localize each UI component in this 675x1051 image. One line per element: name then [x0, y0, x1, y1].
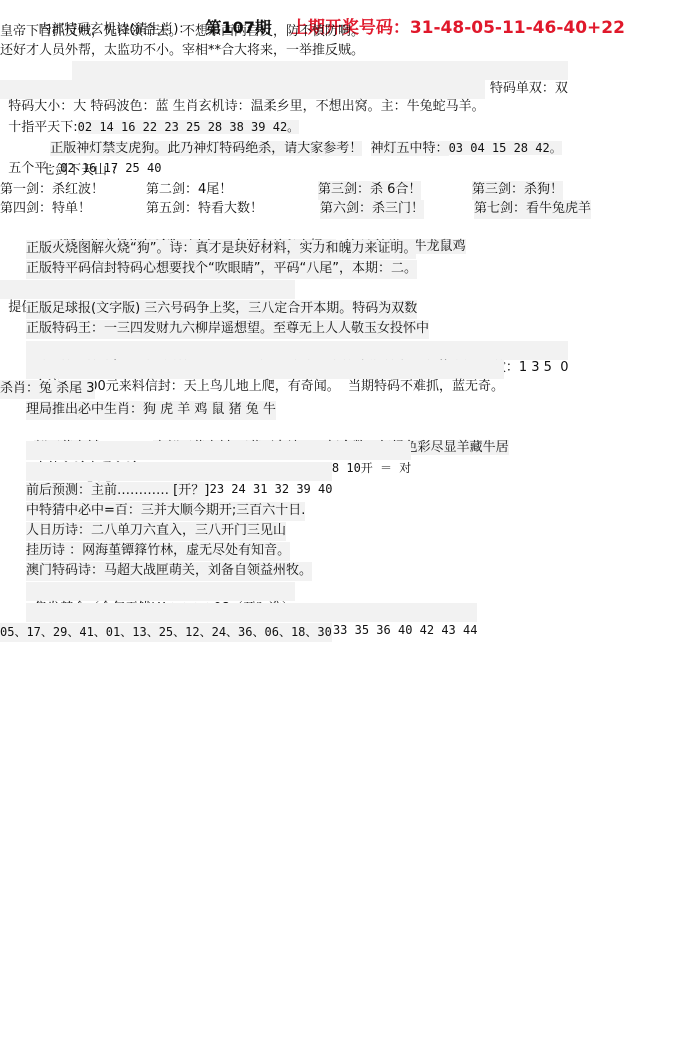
sword-label: 第三剑：	[318, 182, 370, 197]
taiwan-extra: 当期特码不难抓，蓝无奇。	[348, 379, 504, 394]
sword-label: 第七剑：	[474, 201, 526, 216]
poem-line-2: 还好才人员外帮，太监功不小。宰相**合大将来，一举推反贼。	[0, 42, 364, 61]
macau-poem: 澳门特码诗：马超大战匣萌关，刘备自领益州牧。	[26, 562, 312, 581]
last-result-numbers: 31-48-05-11-46-40+22	[410, 18, 625, 38]
lamp-line: 正版神灯禁支虎狗。此乃神灯特码绝杀，请大家参考！ 神灯五中特：03 04 15 …	[42, 121, 562, 140]
sword-2: 第二剑：4尾！	[146, 181, 232, 200]
taiwan-paper: 台湾 60000元来料信封：天上鸟儿地上爬，有奇闻。 当期特码不难抓，蓝无奇。	[26, 360, 504, 379]
among-line: 在其中： 02 03 07 14 16 17 22 23 26 28 30 33…	[26, 603, 477, 622]
sword-label: 第四剑：	[0, 201, 52, 216]
football-paper: 正版足球报(文字版) 三六号码争上奖，三八定合开本期。特码为双数	[26, 300, 417, 319]
sword-1: 第一剑：杀红波！	[0, 181, 104, 200]
xiangjiang-paper: 香江特码精选报：香江话特码：三月阳光。 生肖：牛蛇鸡猪 波色：主蓝防绿 尾数：1…	[26, 341, 568, 360]
hanging-poem: 挂历诗 ：网海堇镡箨竹林，虚无尽处有知音。	[26, 542, 290, 561]
size-line: 特码大小：大 特码波色：蓝 生肖玄机诗：温柔乡里，不想出窝。主：牛兔蛇马羊。	[0, 80, 485, 99]
ten-fingers-line: 十指平天下:02 14 16 22 23 25 28 38 39 42。	[0, 100, 299, 119]
sword-3b: 第三剑：杀狗！	[472, 181, 563, 200]
sword-3: 第三剑：杀 6合！	[318, 181, 421, 200]
lamp-five-label: 神灯五中特：	[371, 141, 449, 156]
sword-label: 第六剑：	[320, 201, 372, 216]
sword-4: 第四剑：特单！	[0, 200, 91, 219]
fire-line-3: 正版特平码信封特码心想要找个“吹眼睛”，平码“八尾”，本期：二。	[26, 260, 417, 279]
sword-label: 第一剑：	[0, 182, 52, 197]
sword-value: 杀 6合！	[370, 182, 421, 197]
sword-label: 第二剑：	[146, 182, 198, 197]
sword-value: 特单！	[52, 201, 91, 216]
sword-value: 杀三门！	[372, 201, 424, 216]
sword-value: 看牛兔虎羊	[526, 201, 591, 216]
fire-line-2: 正版火烧图解火烧“狗”。诗：真才是块好材料，实力和魄力来证明。	[26, 240, 416, 259]
provided-line: 提供号码：01 11 12 23 24 30 31 33 40 41。	[0, 280, 295, 299]
sword-label: 第五剑：	[146, 201, 198, 216]
king-paper: 正版特码王：一三四发财九六柳岸遥想望。至尊无上人人敬玉女投怀中	[26, 320, 429, 339]
five-ping-line: 五个平：02 16 17 25 40	[0, 141, 161, 160]
underground-line: 地下信封《千王之王》：九宝莲灯：01 16 17 18 25 26 35 46 …	[72, 61, 568, 80]
poem-line-1: 皇帝下旨抓反贼，先锋领命去。不想东西两宫反，防不慎防啊。	[0, 23, 364, 42]
sword-value: 杀红波！	[52, 182, 104, 197]
sword-value: 杀狗！	[524, 182, 563, 197]
sword-7: 第七剑：看牛兔虎羊	[474, 200, 591, 219]
wanhua-line: 部万花来料内部万花来料;万花开左边二一好合数，红绿色彩尽显羊藏牛居	[26, 421, 509, 440]
calendar-poem: 人日历诗：二八单刀六直入，三八开门三见山	[26, 522, 286, 541]
jifa-line: 集发禁合（今年无错)!!★★★★08（开？准）	[26, 582, 295, 601]
kill-line: 杀肖：兔 杀尾 3	[0, 380, 95, 399]
seven-swords-title: 七剑下天山 ：	[42, 162, 124, 181]
predict-line: 前后预测：主前………… [开？]	[26, 482, 209, 501]
lamp-five-numbers: 03 04 15 28 42。	[449, 141, 562, 155]
sword-6: 第六剑：杀三门！	[320, 200, 424, 219]
sword-label: 第三剑：	[472, 182, 524, 197]
forbid-line: 禁一行：【金】 01 02 09 10 23 24 31 32 39 40	[26, 462, 332, 481]
sword-value: 4尾！	[198, 182, 232, 197]
fire-line-1: 正版火烧玄机烧兔杀狗无人知，今期合单必来报。 特双 特肖：牛龙鼠鸡	[42, 220, 466, 239]
middle-line: 中特猜中必中=百：三并大顺今期开;三百六十日.	[26, 502, 305, 521]
bureau-line: 理局推出必中生肖：狗 虎 羊 鸡 鼠 猪 兔 牛	[26, 401, 276, 420]
final-numbers: 05、17、29、41、01、13、25、12、24、36、06、18、30	[0, 623, 332, 642]
odd-even-value: 双	[555, 81, 568, 96]
sword-5: 第五剑：特看大数！	[146, 200, 263, 219]
daxian-line: 大仙主杀十码主杀：13 07 21 37 49 23 22 09 08 10开 …	[26, 441, 411, 460]
sword-value: 特看大数！	[198, 201, 263, 216]
header-row: 内部特码玄机诗(猜生肖)：第107期上期开奖号码：31-48-05-11-46-…	[30, 1, 625, 20]
odd-even-label: 特码单双：	[490, 81, 555, 96]
